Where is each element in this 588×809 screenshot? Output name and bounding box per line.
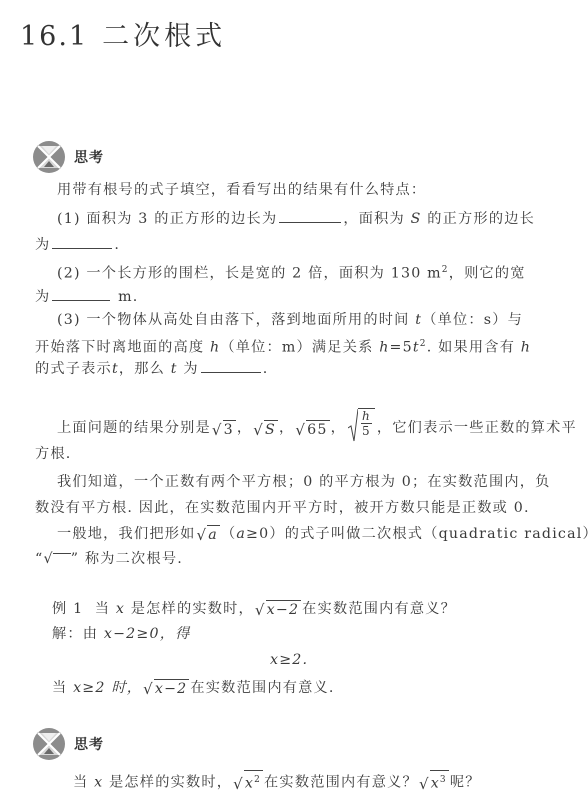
definition-line-2: “√” 称为二次根号. — [35, 549, 183, 569]
radical-h-over-5: h 5 — [348, 408, 375, 448]
q1-line2-prefix: 为 — [35, 237, 50, 253]
q3-formula-t: t — [413, 340, 420, 356]
question-2-line-1: (2) 一个长方形的围栏，长是宽的 2 倍，面积为 130 m2，则它的宽 — [57, 260, 526, 284]
think-2-question: 当 x 是怎样的实数时，√x2在实数范围内有意义？√x3呢？ — [73, 768, 481, 793]
quote-close: ” — [71, 551, 79, 567]
q1-text-a: 面积为 3 的正方形的边长为 — [86, 211, 277, 227]
comma: ， — [237, 418, 252, 438]
q3-blank[interactable] — [201, 358, 261, 373]
radical-3: √3 — [212, 418, 236, 439]
ex-con-cond: x≥2 时， — [73, 680, 142, 696]
radicand: x3 — [430, 770, 449, 793]
think-box-header: 思考 — [32, 140, 104, 174]
radicand: a — [207, 525, 220, 544]
q2-text: 一个长方形的围栏，长是宽的 2 倍，面积为 130 m — [86, 266, 441, 282]
example-label: 例 1 — [52, 601, 83, 617]
section-title: 16.1二次根式 — [20, 14, 226, 53]
q2-marker: (2) — [57, 266, 81, 282]
radical-x-minus-2-b: √x−2 — [143, 677, 189, 698]
ex-q-c: 在实数范围内有意义？ — [302, 601, 456, 617]
think-box-2-header: 思考 — [32, 727, 104, 761]
q2-blank[interactable] — [52, 286, 110, 301]
radicand: S — [264, 420, 278, 439]
think-label: 思考 — [74, 734, 104, 754]
think-hourglass-icon — [32, 727, 66, 761]
question-3-line-1: (3) 一个物体从高处自由落下，落到地面所用的时间 t（单位：s）与 — [57, 310, 523, 330]
q3-text-2b: （单位：m）满足关系 — [220, 340, 373, 356]
q3-text-3a: 的式子表示 — [35, 361, 112, 377]
q3-text-2c: . 如果用含有 — [427, 340, 515, 356]
radicand: x−2 — [154, 679, 190, 698]
ex-result: x≥2. — [270, 652, 308, 668]
radicand-base: x — [431, 776, 440, 792]
radical-sign-icon — [348, 408, 358, 448]
q3-var-t-2: t — [112, 361, 119, 377]
radical-overbar — [53, 553, 71, 566]
q3-text-3d: . — [263, 361, 269, 377]
ex-con-a: 当 — [52, 680, 67, 696]
q1-line2-suffix: . — [114, 237, 120, 253]
def-text-b: ≥0）的式子叫做二次根式（quadratic radical）， — [246, 526, 588, 542]
q3-marker: (3) — [57, 312, 81, 328]
question-1-line-2: 为. — [35, 234, 120, 255]
q3-formula-eq: =5 — [390, 340, 413, 356]
fraction: h 5 — [358, 408, 375, 448]
q3-var-h-2: h — [521, 340, 531, 356]
q2-exponent: 2 — [442, 265, 449, 275]
q3-text-2a: 开始落下时离地面的高度 — [35, 340, 204, 356]
ex-sol-expr: x−2≥0，得 — [104, 626, 191, 642]
ex-q-a: 当 — [95, 601, 110, 617]
question-1-line-1: (1) 面积为 3 的正方形的边长为，面积为 S 的正方形的边长 — [57, 208, 535, 229]
q1-blank-2[interactable] — [52, 234, 112, 249]
q3-formula-exp: 2 — [420, 339, 427, 349]
fraction-denominator: 5 — [362, 424, 371, 438]
q2-text-tail: ，则它的宽 — [449, 266, 526, 282]
radical-65: √65 — [295, 418, 329, 439]
radicand: 65 — [306, 420, 329, 439]
radicand: 3 — [223, 420, 236, 439]
fraction-numerator: h — [361, 409, 372, 424]
q1-text-b: ，面积为 — [343, 211, 405, 227]
radical-x-minus-2: √x−2 — [255, 598, 301, 619]
q3-var-t-3: t — [171, 361, 178, 377]
t2-text-d: 呢？ — [450, 775, 481, 791]
radicand-exp: 3 — [440, 775, 447, 785]
radical-s: √S — [253, 418, 278, 439]
comma: ， — [279, 418, 294, 438]
t2-text-b: 是怎样的实数时， — [109, 775, 232, 791]
q1-blank-1[interactable] — [279, 208, 341, 223]
radical-a: √a — [197, 523, 220, 544]
example-1-conclusion: 当 x≥2 时，√x−2在实数范围内有意义. — [52, 677, 335, 698]
p1-text-b: ，它们表示一些正数的算术平 — [377, 418, 577, 438]
def-text-c: 称为二次根号. — [85, 551, 183, 567]
textbook-page: 16.1二次根式 思考 用带有根号的式子填空，看看写出的结果有什么特点： (1)… — [0, 0, 588, 809]
t2-var-x: x — [94, 775, 103, 791]
question-2-line-2: 为 m. — [35, 286, 138, 307]
def-text-a: 一般地，我们把形如 — [57, 526, 196, 542]
q1-marker: (1) — [57, 211, 81, 227]
radical-x-cubed: √x3 — [419, 768, 449, 793]
ex-q-b: 是怎样的实数时， — [131, 601, 254, 617]
radicand-base: x — [245, 776, 254, 792]
q3-text-1a: 一个物体从高处自由落下，落到地面所用的时间 — [86, 312, 409, 328]
radical-x-squared: √x2 — [233, 768, 263, 793]
q3-text-3b: ，那么 — [119, 361, 165, 377]
example-1-question: 例 1 当 x 是怎样的实数时，√x−2在实数范围内有意义？ — [52, 598, 456, 619]
def-cond-var: a — [236, 526, 246, 542]
t2-text-a: 当 — [73, 775, 88, 791]
q2-line2-prefix: 为 — [35, 289, 50, 305]
q3-var-h: h — [210, 340, 220, 356]
think-label: 思考 — [74, 147, 104, 167]
comma: ， — [331, 418, 346, 438]
question-3-line-3: 的式子表示t，那么 t 为. — [35, 358, 268, 379]
q1-var-s: S — [411, 211, 422, 227]
q3-text-3c: 为 — [183, 361, 198, 377]
think-intro: 用带有根号的式子填空，看看写出的结果有什么特点： — [57, 180, 426, 200]
p1-text-a: 上面问题的结果分别是 — [57, 418, 211, 438]
radicand: x2 — [244, 770, 263, 793]
question-3-line-2: 开始落下时离地面的高度 h（单位：m）满足关系 h=5t2. 如果用含有 h — [35, 334, 531, 358]
t2-text-c: 在实数范围内有意义？ — [264, 775, 418, 791]
ex-var-x: x — [116, 601, 125, 617]
definition-line-1: 一般地，我们把形如√a（a≥0）的式子叫做二次根式（quadratic radi… — [57, 523, 588, 544]
paragraph-square-roots-2: 数没有平方根. 因此，在实数范围内开平方时，被开方数只能是正数或 0. — [35, 498, 530, 518]
radicand: x−2 — [266, 600, 302, 619]
q1-text-c: 的正方形的边长 — [427, 211, 535, 227]
think-hourglass-icon — [32, 140, 66, 174]
q3-formula-h: h — [379, 340, 389, 356]
section-title-text: 二次根式 — [102, 21, 226, 52]
example-1-result: x≥2. — [270, 650, 308, 670]
paragraph-results: 上面问题的结果分别是 √3， √S， √65， h 5 ，它们表示一些正数的算术… — [57, 408, 577, 448]
ex-sol-a: 解：由 — [52, 626, 98, 642]
ex-con-b: 在实数范围内有意义. — [190, 680, 334, 696]
section-number: 16.1 — [20, 21, 88, 52]
example-1-solution: 解：由 x−2≥0，得 — [52, 624, 191, 644]
paragraph-results-tail: 方根. — [35, 444, 72, 464]
q2-unit: m. — [118, 289, 138, 305]
paragraph-square-roots-1: 我们知道，一个正数有两个平方根；0 的平方根为 0；在实数范围内，负 — [57, 472, 551, 492]
q3-text-1b: （单位：s）与 — [422, 312, 523, 328]
def-paren-open: （ — [221, 526, 236, 542]
radicand-exp: 2 — [254, 775, 261, 785]
